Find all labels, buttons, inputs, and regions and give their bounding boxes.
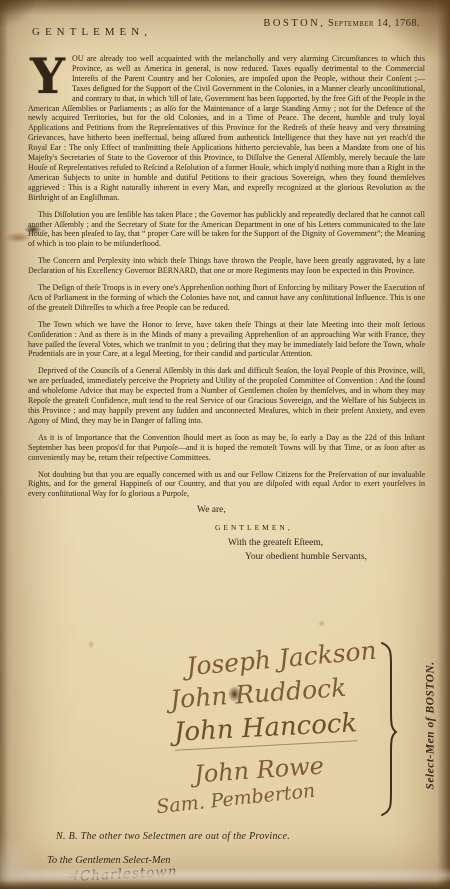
paragraph-text: OU are already too well acquainted with … xyxy=(28,54,425,202)
paragraph: As it is of Importance that the Conventi… xyxy=(28,433,425,463)
paragraph: Not doubting but that you are equally co… xyxy=(28,470,425,500)
paragraph: Deprived of the Councils of a General Aſ… xyxy=(28,366,425,425)
closing-esteem: With the greateſt Eſteem, xyxy=(228,539,425,549)
letter-body: YOU are already too well acquainted with… xyxy=(28,54,425,563)
drop-cap: Y xyxy=(28,54,72,96)
signature-john-hancock: John Hancock xyxy=(173,708,358,751)
paper-corner-wear-top-left xyxy=(0,0,38,28)
signature-brace xyxy=(380,640,398,818)
salutation: GENTLEMEN, xyxy=(32,26,152,38)
paragraph: The Deſign of theſe Troops is in every o… xyxy=(28,283,425,313)
paragraph: This Diſſolution you are ſenſible has ta… xyxy=(28,210,425,250)
closing-servants: Your obedient humble Servants, xyxy=(245,553,425,563)
dateline: BOSTON, September 14, 1768. xyxy=(263,18,420,29)
paragraph: The Concern and Perplexity into which th… xyxy=(28,256,425,276)
closing-we-are: We are, xyxy=(197,506,425,516)
dateline-city: BOSTON, xyxy=(263,18,325,29)
signature-joseph-jackson: Joseph Jackson xyxy=(185,636,378,682)
closing-gentlemen: GENTLEMEN, xyxy=(215,523,425,533)
postscript-note: N. B. The other two Selectmen are out of… xyxy=(56,831,290,842)
paper-corner-wear-top-right xyxy=(370,0,450,62)
foxing-spot xyxy=(318,620,325,627)
selectmen-of-boston-label: Select-Men of BOSTON. xyxy=(425,636,440,816)
paragraph: The Town which we have the Honor to ſerv… xyxy=(28,320,425,360)
document-page: BOSTON, September 14, 1768. GENTLEMEN, Y… xyxy=(0,0,450,889)
dateline-date: September 14, 1768. xyxy=(328,18,420,29)
paper-bottom-edge xyxy=(0,880,450,889)
paragraph: YOU are already too well acquainted with… xyxy=(28,54,425,203)
